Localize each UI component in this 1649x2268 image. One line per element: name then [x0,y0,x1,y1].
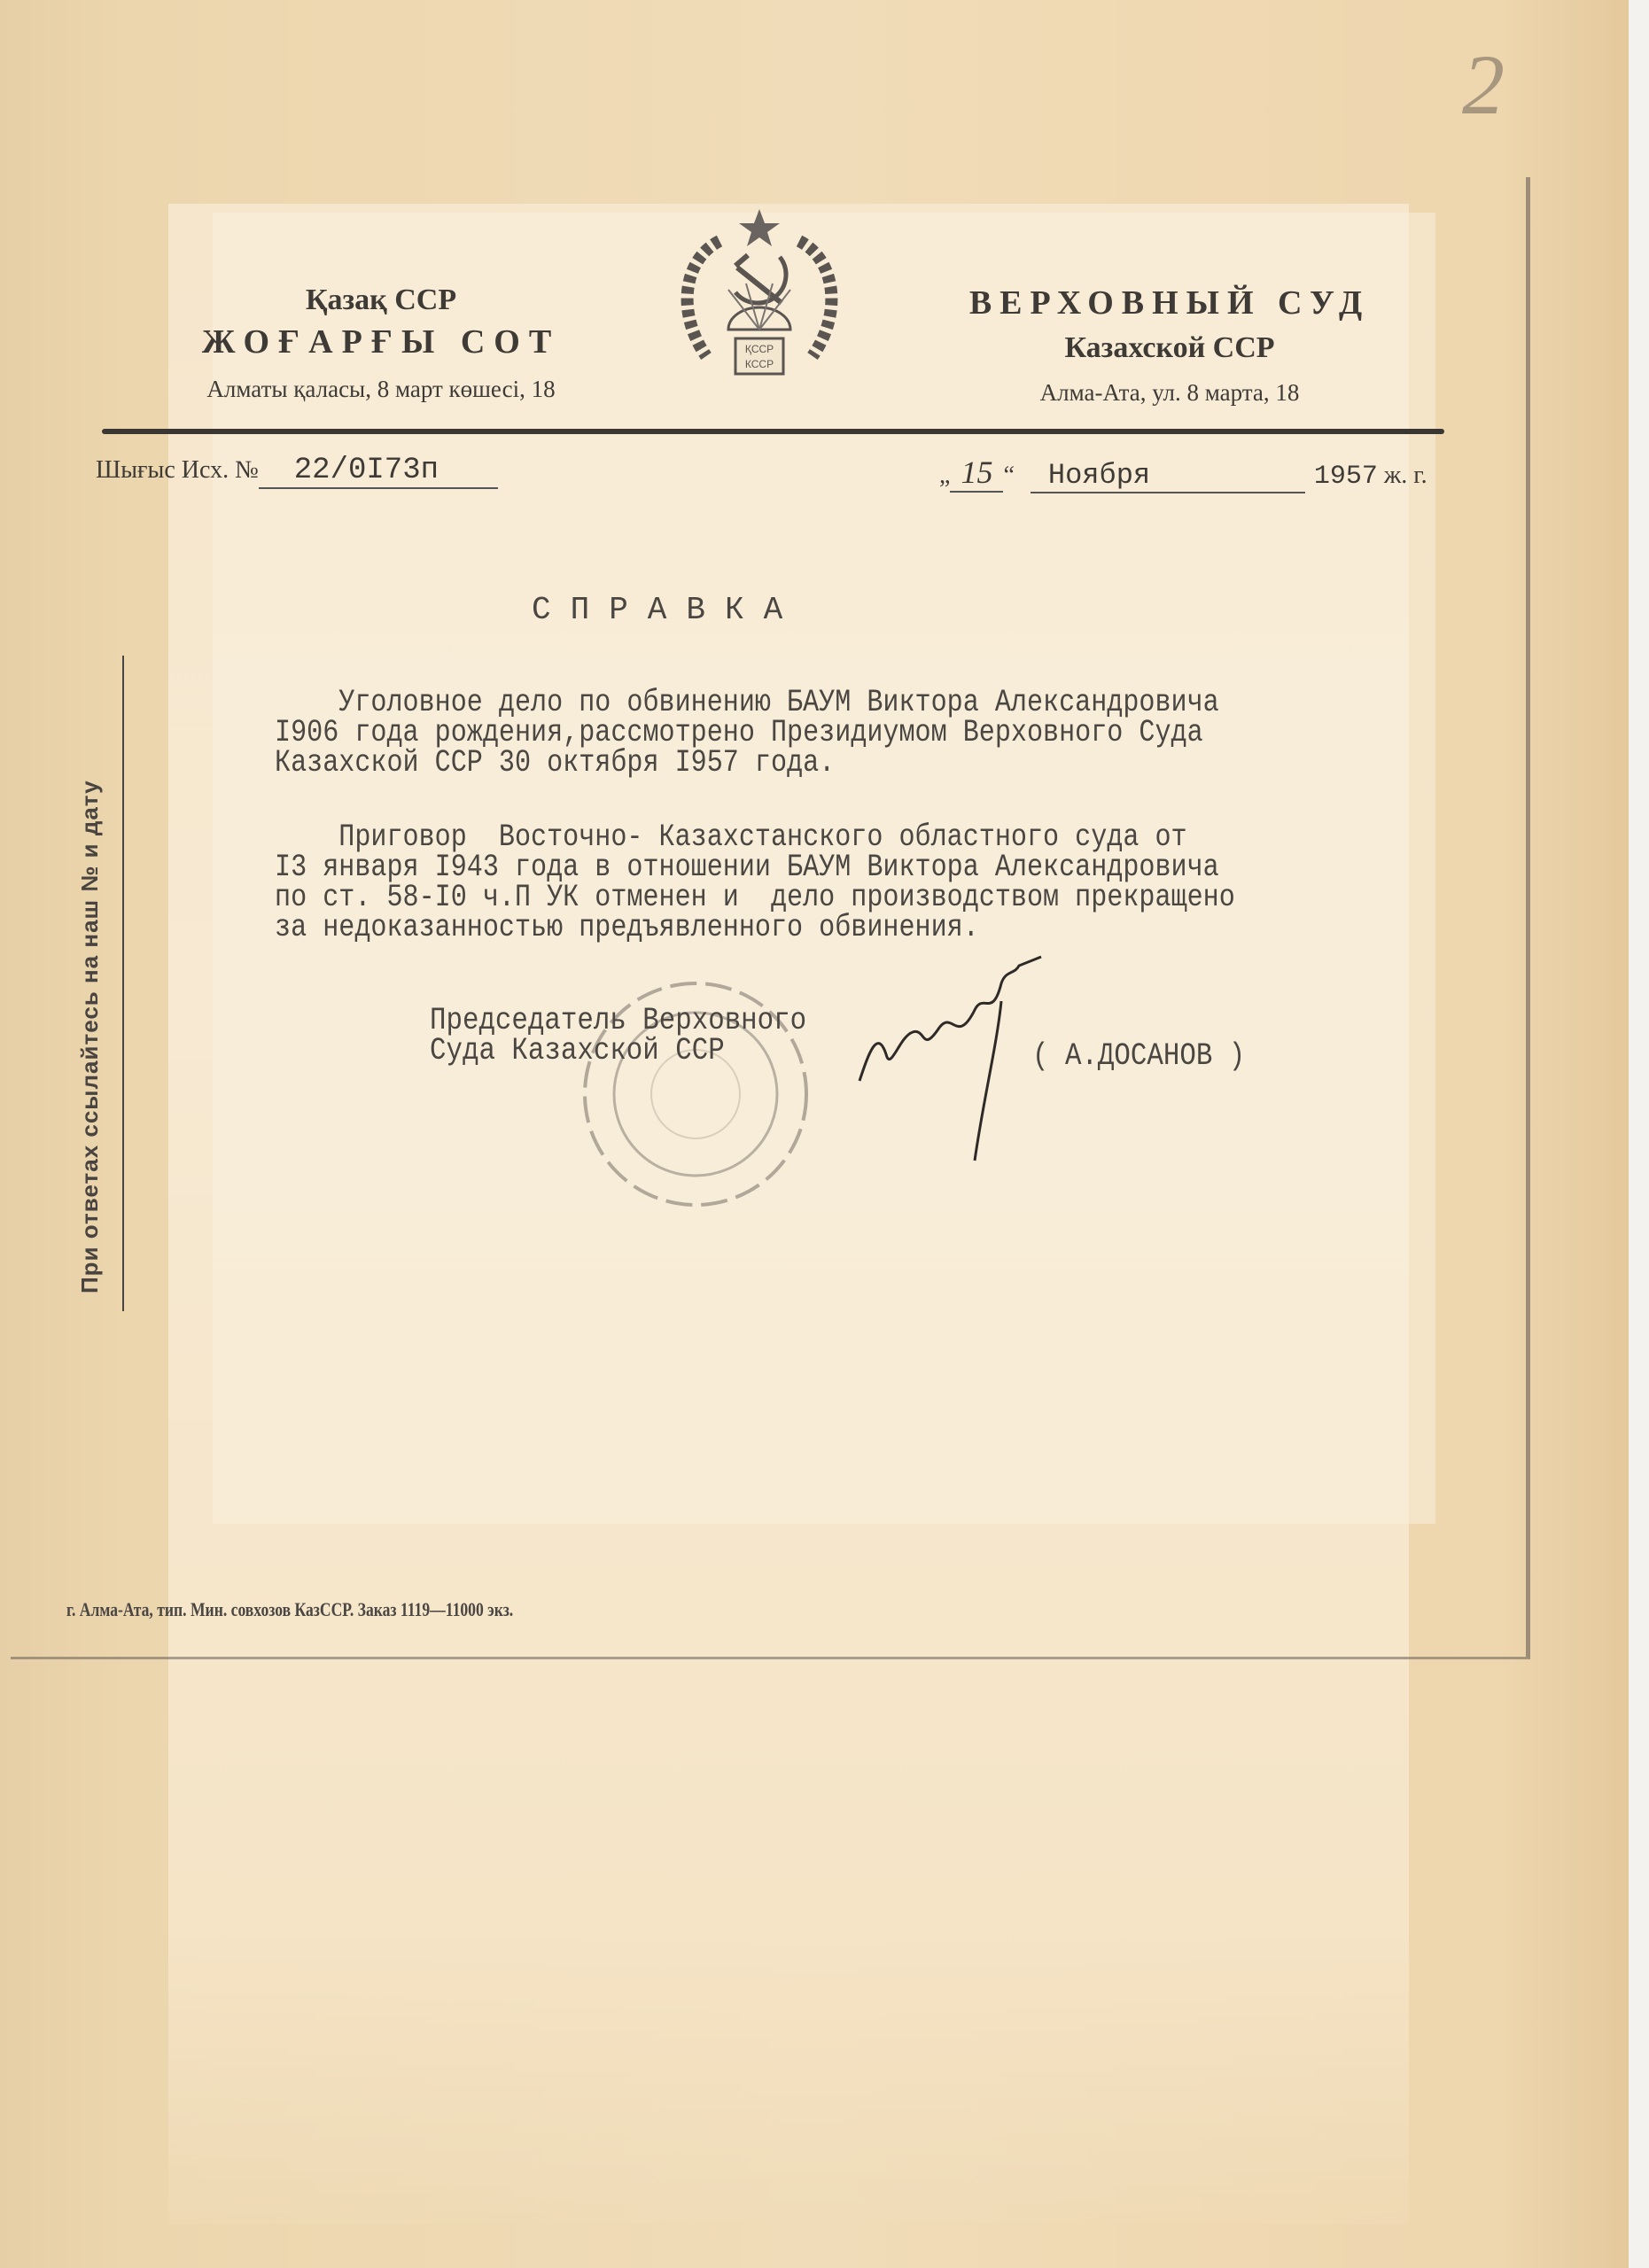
paragraph-1: Уголовное дело по обвинению БАУМ Виктора… [275,687,1288,778]
svg-text:ҚССР: ҚССР [745,343,774,355]
side-note-vertical: При ответах ссылайтесь на наш № и дату [76,656,112,1293]
letterhead-rule [102,429,1444,434]
scan-margin [1629,0,1649,2268]
outgoing-number: Шығыс Исх. №22/0І73п [96,454,498,489]
date-suffix: ж. г. [1384,462,1427,489]
document-title: СПРАВКА [532,592,802,628]
pencil-page-number: 2 [1462,35,1505,134]
date-month: Ноября [1031,459,1305,493]
letterhead-right-line1: ВЕРХОВНЫЙ СУД [922,283,1418,322]
svg-text:КССР: КССР [745,358,774,370]
letterhead-left-line2: ЖОҒАРҒЫ СОТ [133,322,629,361]
date-year: 1957 [1314,462,1378,492]
paragraph-2: Приговор Восточно- Казахстанского област… [275,822,1288,943]
letterhead-left: Қазақ ССР ЖОҒАРҒЫ СОТ Алматы қаласы, 8 м… [133,283,629,403]
letterhead-right-line2: Казахской ССР [922,331,1418,365]
signatory-name: ( А.ДОСАНОВ ) [1032,1038,1245,1074]
signatory-position: Председатель Верховного Суда Казахской С… [430,1006,806,1066]
document-date: „15“Ноября1957 ж. г. [939,454,1427,493]
outgoing-number-label: Шығыс Исх. № [96,456,259,484]
date-day: 15 [950,454,1003,493]
printer-imprint: г. Алма-Ата, тип. Мин. совхозов КазССР. … [66,1598,513,1621]
margin-rule [122,656,124,1311]
state-emblem-icon: ҚССР КССР [666,206,852,392]
letterhead-left-address: Алматы қаласы, 8 март көшесі, 18 [133,376,629,403]
outgoing-number-value: 22/0І73п [259,454,498,489]
letterhead-right-address: Алма-Ата, ул. 8 марта, 18 [922,379,1418,407]
letterhead-left-line1: Қазақ ССР [133,283,629,317]
letterhead-right: ВЕРХОВНЫЙ СУД Казахской ССР Алма-Ата, ул… [922,283,1418,407]
